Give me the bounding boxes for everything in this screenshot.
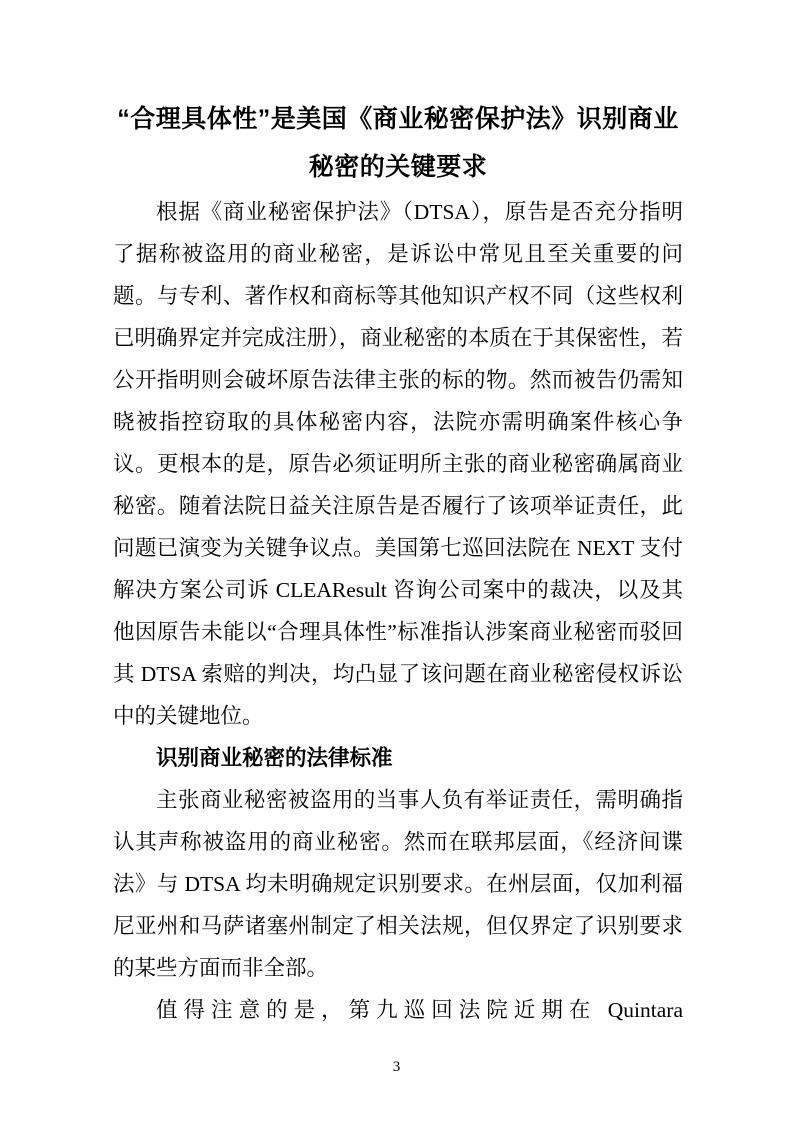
- section-heading-legal-standard: 识别商业秘密的法律标准: [113, 737, 683, 779]
- page-number: 3: [393, 1059, 401, 1075]
- paragraph-burden-of-proof: 主张商业秘密被盗用的当事人负有举证责任，需明确指认其声称被盗用的商业秘密。然而在…: [113, 779, 683, 989]
- document-page: “合理具体性”是美国《商业秘密保护法》识别商业秘密的关键要求 根据《商业秘密保护…: [0, 0, 793, 1122]
- page-footer: 3: [0, 1058, 793, 1076]
- paragraph-dtsa-overview: 根据《商业秘密保护法》（DTSA），原告是否充分指明了据称被盗用的商业秘密，是诉…: [113, 191, 683, 737]
- paragraph-ninth-circuit-quintara: 值得注意的是，第九巡回法院近期在 Quintara: [113, 989, 683, 1031]
- document-title: “合理具体性”是美国《商业秘密保护法》识别商业秘密的关键要求: [113, 95, 683, 191]
